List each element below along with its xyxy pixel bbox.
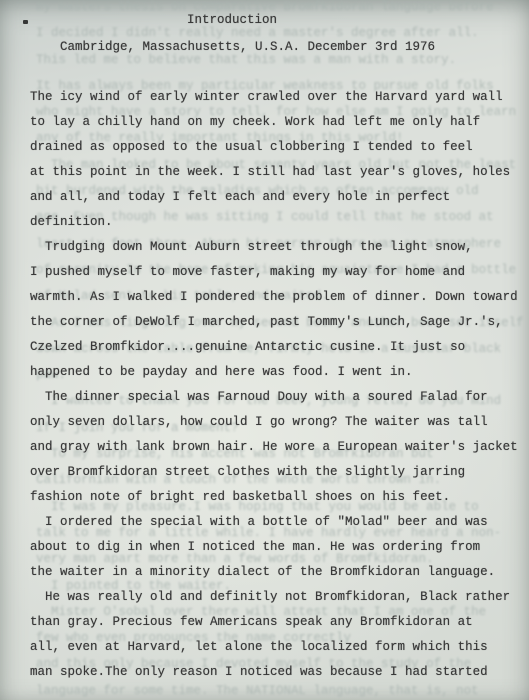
text-line: the corner of DeWolf I marched, past Tom… [30, 310, 523, 335]
paragraph: The icy wind of early winter crawled ove… [30, 85, 523, 235]
text-line: warmth. As I walked I pondered the probl… [30, 285, 523, 310]
text-line: The dinner special was Farnoud Douy with… [30, 385, 523, 410]
text-line: at this point in the week. I still had l… [30, 160, 523, 185]
text-line: He was really old and definitly not Brom… [30, 585, 523, 610]
text-line: only seven dollars, how could I go wrong… [30, 410, 523, 435]
text-line: and gray with lank brown hair. He wore a… [30, 435, 523, 460]
text-line: all, even at Harvard, let alone the loca… [30, 635, 523, 660]
text-line: drained as opposed to the usual clobberi… [30, 135, 523, 160]
manuscript-page-photo: my masters thesis on comparative Bromfki… [0, 0, 529, 700]
text-line: Czelzed Bromfkidor....genuine Antarctic … [30, 335, 523, 360]
text-line: happened to be payday and here was food.… [30, 360, 523, 385]
text-line: The icy wind of early winter crawled ove… [30, 85, 523, 110]
text-line: and all, and today I felt each and every… [30, 185, 523, 210]
text-line: I pushed myself to move faster, making m… [30, 260, 523, 285]
typed-text-layer: Introduction Cambridge, Massachusetts, U… [0, 0, 529, 700]
text-line: over Bromfkidoran street clothes with th… [30, 460, 523, 485]
ink-speck [23, 20, 28, 24]
paragraph: He was really old and definitly not Brom… [30, 585, 523, 685]
page-title: Introduction [187, 13, 277, 27]
dateline: Cambridge, Massachusetts, U.S.A. Decembe… [60, 40, 435, 54]
paragraph: I ordered the special with a bottle of "… [30, 510, 523, 585]
paragraph: Trudging down Mount Auburn street throug… [30, 235, 523, 385]
text-line: Trudging down Mount Auburn street throug… [30, 235, 523, 260]
text-line: the waiter in a minority dialect of the … [30, 560, 523, 585]
paragraph: The dinner special was Farnoud Douy with… [30, 385, 523, 510]
text-line: than gray. Precious few Americans speak … [30, 610, 523, 635]
text-line: about to dig in when I noticed the man. … [30, 535, 523, 560]
text-line: definition. [30, 210, 523, 235]
text-line: I ordered the special with a bottle of "… [30, 510, 523, 535]
text-line: man spoke.The only reason I noticed was … [30, 660, 523, 685]
text-line: to lay a chilly hand on my cheek. Work h… [30, 110, 523, 135]
body-text: The icy wind of early winter crawled ove… [30, 85, 523, 685]
text-line: fashion note of bright red basketball sh… [30, 485, 523, 510]
